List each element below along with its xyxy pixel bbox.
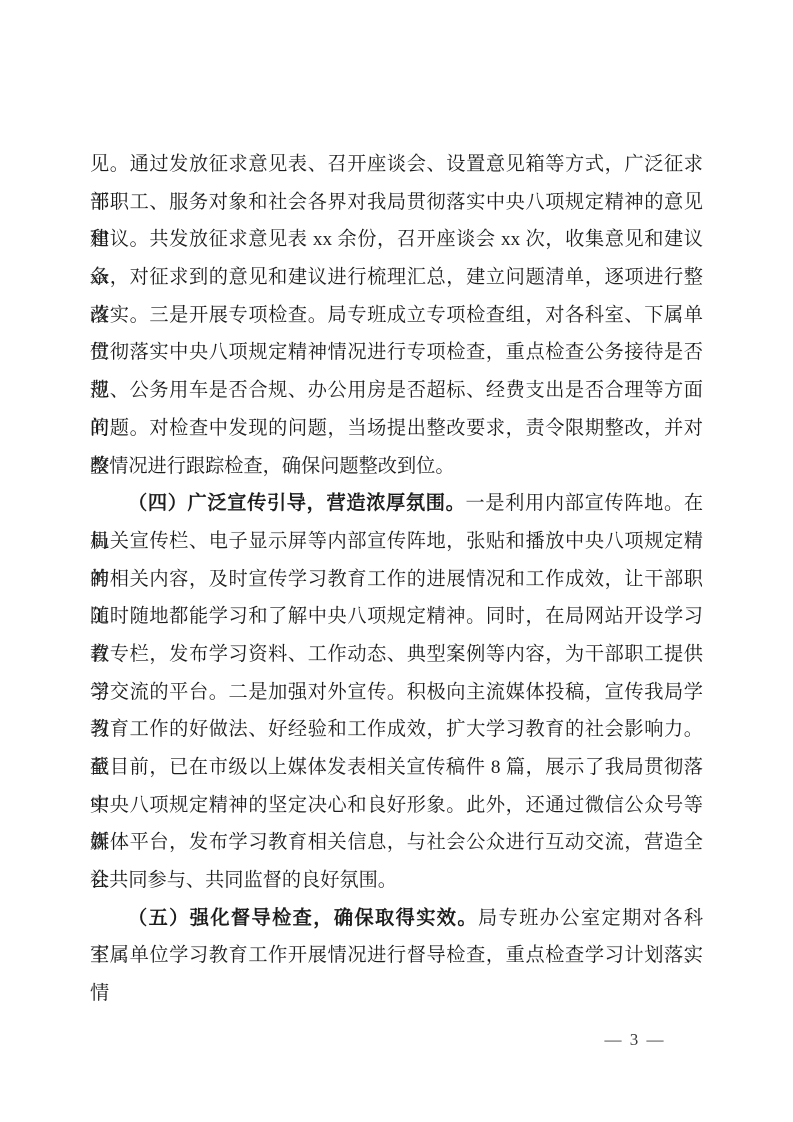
body-text: 会共同参与、共同监督的良好氛围。 [90, 870, 397, 891]
section-heading: （五）强化督导检查，确保取得实效。 [128, 908, 478, 929]
text-line: 问题。对检查中发现的问题，当场提出整改要求，责令限期整改，并对整 [90, 410, 703, 448]
text-line: （四）广泛宣传引导，营造浓厚氛围。一是利用内部宣传阵地。在局 [90, 485, 703, 523]
text-line: 建议。共发放征求意见表 xx 余份，召开座谈会 xx 次，收集意见和建议 xx [90, 221, 703, 259]
text-line: 机关宣传栏、电子显示屏等内部宣传阵地，张贴和播放中央八项规定精神 [90, 523, 703, 561]
text-line: 落实。三是开展专项检查。局专班成立专项检查组，对各科室、下属单位 [90, 297, 703, 335]
text-line: 见。通过发放征求意见表、召开座谈会、设置意见箱等方式，广泛征求干 [90, 146, 703, 184]
text-line: 部职工、服务对象和社会各界对我局贯彻落实中央八项规定精神的意见和 [90, 184, 703, 222]
page-number: — 3 — [560, 1030, 710, 1050]
section-heading: （四）广泛宣传引导，营造浓厚氛围。 [128, 493, 465, 514]
body-text: 下属单位学习教育工作开展情况进行督导检查，重点检查学习计划落实情 [90, 945, 703, 1004]
text-line: 中央八项规定精神的坚定决心和良好形象。此外，还通过微信公众号等新 [90, 787, 703, 825]
document-body: 见。通过发放征求意见表、召开座谈会、设置意见箱等方式，广泛征求干部职工、服务对象… [90, 146, 703, 975]
text-line: （五）强化督导检查，确保取得实效。局专班办公室定期对各科室、 [90, 900, 703, 938]
text-line: 的相关内容，及时宣传学习教育工作的进展情况和工作成效，让干部职工 [90, 561, 703, 599]
text-line: 改情况进行跟踪检查，确保问题整改到位。 [90, 448, 703, 486]
body-text: 改情况进行跟踪检查，确保问题整改到位。 [90, 456, 455, 477]
text-line: 贯彻落实中央八项规定精神情况进行专项检查，重点检查公务接待是否规 [90, 334, 703, 372]
text-line: 随时随地都能学习和了解中央八项规定精神。同时，在局网站开设学习教 [90, 598, 703, 636]
text-line: 教育工作的好做法、好经验和工作成效，扩大学习教育的社会影响力。截 [90, 711, 703, 749]
text-line: 下属单位学习教育工作开展情况进行督导检查，重点检查学习计划落实情 [90, 937, 703, 975]
document-page: 见。通过发放征求意见表、召开座谈会、设置意见箱等方式，广泛征求干部职工、服务对象… [0, 0, 793, 1122]
text-line: 媒体平台，发布学习教育相关信息，与社会公众进行互动交流，营造全社 [90, 824, 703, 862]
text-line: 会共同参与、共同监督的良好氛围。 [90, 862, 703, 900]
text-line: 育专栏，发布学习资料、工作动态、典型案例等内容，为干部职工提供学 [90, 636, 703, 674]
text-line: 条，对征求到的意见和建议进行梳理汇总，建立问题清单，逐项进行整改 [90, 259, 703, 297]
text-line: 范、公务用车是否合规、办公用房是否超标、经费支出是否合理等方面的 [90, 372, 703, 410]
text-line: 至目前，已在市级以上媒体发表相关宣传稿件 8 篇，展示了我局贯彻落实 [90, 749, 703, 787]
text-line: 习交流的平台。二是加强对外宣传。积极向主流媒体投稿，宣传我局学习 [90, 674, 703, 712]
